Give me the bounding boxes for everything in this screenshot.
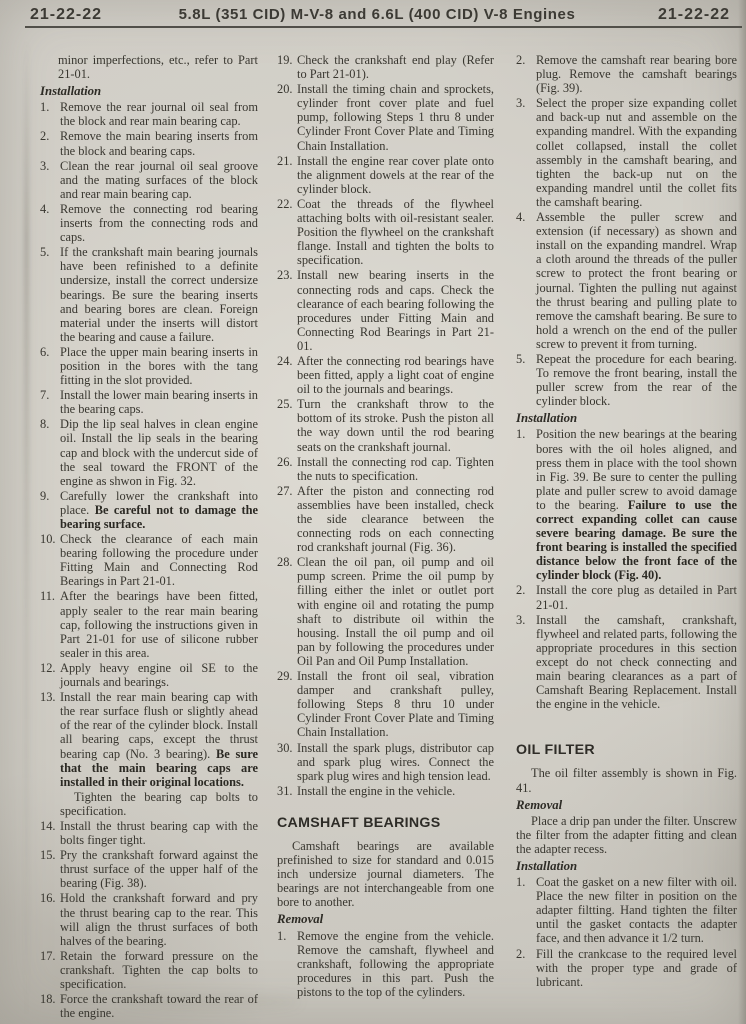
list-item-text: Force the crankshaft toward the rear of … xyxy=(60,992,258,1020)
list-item: 15.Pry the crankshaft forward against th… xyxy=(40,848,258,890)
list-item-number: 2. xyxy=(516,947,536,989)
list-item: 13.Install the rear main bearing cap wit… xyxy=(40,690,258,789)
list-item-number: 26. xyxy=(277,455,297,483)
list-item-text: Remove the main bearing inserts from the… xyxy=(60,129,258,157)
list-item-number: 4. xyxy=(40,202,60,244)
list-item-number: 1. xyxy=(277,929,297,999)
page-title: 5.8L (351 CID) M-V-8 and 6.6L (400 CID) … xyxy=(102,6,658,23)
text-run: Installation xyxy=(516,411,577,425)
list-item-text: Assemble the puller screw and extension … xyxy=(536,210,737,351)
list-item-number: 12. xyxy=(40,661,60,689)
text-run: After the connecting rod bearings have b… xyxy=(297,354,494,396)
list-item: 7.Install the lower main bearing inserts… xyxy=(40,388,258,416)
list-item-text: After the bearings have been fitted, app… xyxy=(60,589,258,659)
text-run: Coat the gasket on a new filter with oil… xyxy=(536,875,737,945)
list-item: 20.Install the timing chain and sprocket… xyxy=(277,82,494,152)
list-item: 23.Install new bearing inserts in the co… xyxy=(277,268,494,353)
text-run: Remove the camshaft rear bearing bore pl… xyxy=(536,53,737,95)
list-item: 3.Install the camshaft, crankshaft, flyw… xyxy=(516,613,737,712)
list-item-text: Install the engine in the vehicle. xyxy=(297,784,494,798)
list-item-text: If the crankshaft main bearing journals … xyxy=(60,245,258,344)
text-run: Installation xyxy=(40,84,101,98)
list-item-number: 11. xyxy=(40,589,60,659)
list-item: 10.Check the clearance of each main bear… xyxy=(40,532,258,588)
list-item: 4.Remove the connecting rod bearing inse… xyxy=(40,202,258,244)
list-item: 3.Select the proper size expanding colle… xyxy=(516,96,737,209)
paragraph: The oil filter assembly is shown in Fig.… xyxy=(516,766,737,794)
list-item-number xyxy=(40,790,60,818)
text-run: If the crankshaft main bearing journals … xyxy=(60,245,258,344)
list-item-text: Install the engine rear cover plate onto… xyxy=(297,154,494,196)
list-item: 2.Fill the crankcase to the required lev… xyxy=(516,947,737,989)
list-item-text: Install the camshaft, crankshaft, flywhe… xyxy=(536,613,737,712)
sub-heading: Installation xyxy=(516,859,737,873)
scan-edge-shadow-left xyxy=(24,40,29,1024)
text-run: Check the crankshaft end play (Refer to … xyxy=(297,53,494,81)
header-rule xyxy=(25,26,742,28)
list-item: 21.Install the engine rear cover plate o… xyxy=(277,154,494,196)
list-item: 26.Install the connecting rod cap. Tight… xyxy=(277,455,494,483)
text-run: Install the camshaft, crankshaft, flywhe… xyxy=(536,613,737,712)
list-item: 17.Retain the forward pressure on the cr… xyxy=(40,949,258,991)
list-item-number: 14. xyxy=(40,819,60,847)
list-item-text: Tighten the bearing cap bolts to specifi… xyxy=(60,790,258,818)
text-run: Install the core plug as detailed in Par… xyxy=(536,583,737,611)
paragraph: minor imperfections, etc., refer to Part… xyxy=(40,53,258,81)
list-item-text: Install the lower main bearing inserts i… xyxy=(60,388,258,416)
list-item-number: 31. xyxy=(277,784,297,798)
list-item-text: Clean the rear journal oil seal groove a… xyxy=(60,159,258,201)
list-item: 3.Clean the rear journal oil seal groove… xyxy=(40,159,258,201)
text-columns: minor imperfections, etc., refer to Part… xyxy=(40,53,737,1021)
text-run: Install the timing chain and sprockets, … xyxy=(297,82,494,152)
list-item-text: Remove the engine from the vehicle. Remo… xyxy=(297,929,494,999)
list-item: 1.Remove the engine from the vehicle. Re… xyxy=(277,929,494,999)
list-item: 31.Install the engine in the vehicle. xyxy=(277,784,494,798)
list-item: 25.Turn the crankshaft throw to the bott… xyxy=(277,397,494,453)
text-run: Remove the rear journal oil seal from th… xyxy=(60,100,258,128)
list-item-text: Install the rear main bearing cap with t… xyxy=(60,690,258,789)
list-item-number: 21. xyxy=(277,154,297,196)
text-run: Select the proper size expanding collet … xyxy=(536,96,737,209)
list-item-number: 5. xyxy=(40,245,60,344)
list-item-number: 4. xyxy=(516,210,536,351)
list-item-text: Install the thrust bearing cap with the … xyxy=(60,819,258,847)
list-item-text: Remove the rear journal oil seal from th… xyxy=(60,100,258,128)
list-item-text: Install the spark plugs, distributor cap… xyxy=(297,741,494,783)
text-run: Removal xyxy=(516,798,562,812)
text-run: Coat the threads of the flywheel attachi… xyxy=(297,197,494,267)
text-run: Place the upper main bearing inserts in … xyxy=(60,345,258,387)
page-number-right: 21-22-22 xyxy=(658,6,730,24)
list-item-number: 18. xyxy=(40,992,60,1020)
list-item-number: 2. xyxy=(516,583,536,611)
list-item-number: 3. xyxy=(516,96,536,209)
list-item-text: Retain the forward pressure on the crank… xyxy=(60,949,258,991)
sub-heading: Installation xyxy=(40,84,258,98)
text-run: Camshaft bearings are available prefinis… xyxy=(277,839,494,909)
text-run: OIL FILTER xyxy=(516,742,595,758)
list-item: 1.Position the new bearings at the beari… xyxy=(516,427,737,582)
text-run: Installation xyxy=(516,859,577,873)
text-run: Install the engine in the vehicle. xyxy=(297,784,455,798)
list-item: 19.Check the crankshaft end play (Refer … xyxy=(277,53,494,81)
list-item: 29.Install the front oil seal, vibration… xyxy=(277,669,494,739)
list-item: 30.Install the spark plugs, distributor … xyxy=(277,741,494,783)
list-item-text: Apply heavy engine oil SE to the journal… xyxy=(60,661,258,689)
sub-heading: Removal xyxy=(277,912,494,926)
text-run: Clean the rear journal oil seal groove a… xyxy=(60,159,258,201)
list-item-text: Coat the threads of the flywheel attachi… xyxy=(297,197,494,267)
list-item-number: 13. xyxy=(40,690,60,789)
list-item-text: Check the crankshaft end play (Refer to … xyxy=(297,53,494,81)
list-item: 2.Remove the camshaft rear bearing bore … xyxy=(516,53,737,95)
list-item-text: Place the upper main bearing inserts in … xyxy=(60,345,258,387)
list-item-text: Select the proper size expanding collet … xyxy=(536,96,737,209)
list-item: 16.Hold the crankshaft forward and pry t… xyxy=(40,891,258,947)
list-item-number: 29. xyxy=(277,669,297,739)
text-run: Install the spark plugs, distributor cap… xyxy=(297,741,494,783)
list-item-number: 24. xyxy=(277,354,297,396)
list-item-text: Install new bearing inserts in the conne… xyxy=(297,268,494,353)
text-run: Turn the crankshaft throw to the bottom … xyxy=(297,397,494,453)
list-item-text: Clean the oil pan, oil pump and oil pump… xyxy=(297,555,494,668)
text-run: minor imperfections, etc., refer to Part… xyxy=(58,53,258,81)
list-item: 6.Place the upper main bearing inserts i… xyxy=(40,345,258,387)
list-item-number: 2. xyxy=(516,53,536,95)
list-item-text: After the piston and connecting rod asse… xyxy=(297,484,494,554)
text-run: Install new bearing inserts in the conne… xyxy=(297,268,494,352)
list-item: Tighten the bearing cap bolts to specifi… xyxy=(40,790,258,818)
list-item-text: Dip the lip seal halves in clean engine … xyxy=(60,417,258,487)
list-item-number: 27. xyxy=(277,484,297,554)
sub-heading: Removal xyxy=(516,798,737,812)
section-heading: CAMSHAFT BEARINGS xyxy=(277,816,494,830)
list-item-text: Remove the connecting rod bearing insert… xyxy=(60,202,258,244)
list-item-number: 6. xyxy=(40,345,60,387)
list-item-number: 5. xyxy=(516,352,536,408)
column-2: 19.Check the crankshaft end play (Refer … xyxy=(277,53,494,1021)
list-item-text: After the connecting rod bearings have b… xyxy=(297,354,494,396)
text-run: CAMSHAFT BEARINGS xyxy=(277,815,441,831)
list-item-number: 22. xyxy=(277,197,297,267)
text-run: Place a drip pan under the filter. Unscr… xyxy=(516,814,737,856)
text-run: Remove the connecting rod bearing insert… xyxy=(60,202,258,244)
text-run: Force the crankshaft toward the rear of … xyxy=(60,992,258,1020)
sub-heading: Installation xyxy=(516,411,737,425)
list-item: 9.Carefully lower the crankshaft into pl… xyxy=(40,489,258,531)
list-item-number: 16. xyxy=(40,891,60,947)
text-run: Assemble the puller screw and extension … xyxy=(536,210,737,351)
text-run: The oil filter assembly is shown in Fig.… xyxy=(516,766,737,794)
list-item: 2.Install the core plug as detailed in P… xyxy=(516,583,737,611)
column-3: 2.Remove the camshaft rear bearing bore … xyxy=(516,53,737,1021)
list-item-text: Position the new bearings at the bearing… xyxy=(536,427,737,582)
list-item: 1.Coat the gasket on a new filter with o… xyxy=(516,875,737,945)
list-item-number: 28. xyxy=(277,555,297,668)
text-run: Fill the crankcase to the required level… xyxy=(536,947,737,989)
text-run: Dip the lip seal halves in clean engine … xyxy=(60,417,258,487)
list-item-number: 1. xyxy=(40,100,60,128)
list-item-number: 25. xyxy=(277,397,297,453)
page-number-left: 21-22-22 xyxy=(30,6,102,24)
text-run: Clean the oil pan, oil pump and oil pump… xyxy=(297,555,494,668)
list-item: 8.Dip the lip seal halves in clean engin… xyxy=(40,417,258,487)
list-item-text: Install the front oil seal, vibration da… xyxy=(297,669,494,739)
paragraph: Place a drip pan under the filter. Unscr… xyxy=(516,814,737,856)
column-1: minor imperfections, etc., refer to Part… xyxy=(40,53,258,1021)
list-item: 1.Remove the rear journal oil seal from … xyxy=(40,100,258,128)
list-item-text: Hold the crankshaft forward and pry the … xyxy=(60,891,258,947)
list-item-text: Install the timing chain and sprockets, … xyxy=(297,82,494,152)
list-item-text: Repeat the procedure for each bearing. T… xyxy=(536,352,737,408)
list-item-number: 30. xyxy=(277,741,297,783)
list-item-number: 1. xyxy=(516,427,536,582)
text-run: Install the lower main bearing inserts i… xyxy=(60,388,258,416)
section-heading: OIL FILTER xyxy=(516,743,737,757)
text-run: Remove the main bearing inserts from the… xyxy=(60,129,258,157)
list-item: 14.Install the thrust bearing cap with t… xyxy=(40,819,258,847)
list-item-number: 3. xyxy=(40,159,60,201)
list-item-number: 23. xyxy=(277,268,297,353)
list-item-number: 19. xyxy=(277,53,297,81)
list-item: 5.Repeat the procedure for each bearing.… xyxy=(516,352,737,408)
text-run: After the bearings have been fitted, app… xyxy=(60,589,258,659)
list-item: 4.Assemble the puller screw and extensio… xyxy=(516,210,737,351)
list-item: 22.Coat the threads of the flywheel atta… xyxy=(277,197,494,267)
text-run: Removal xyxy=(277,912,323,926)
list-item: 27.After the piston and connecting rod a… xyxy=(277,484,494,554)
list-item: 24.After the connecting rod bearings hav… xyxy=(277,354,494,396)
list-item: 18.Force the crankshaft toward the rear … xyxy=(40,992,258,1020)
text-run: Tighten the bearing cap bolts to specifi… xyxy=(60,790,258,818)
list-item-number: 1. xyxy=(516,875,536,945)
manual-page: 21-22-22 5.8L (351 CID) M-V-8 and 6.6L (… xyxy=(0,0,746,1024)
list-item: 11.After the bearings have been fitted, … xyxy=(40,589,258,659)
text-run: Remove the engine from the vehicle. Remo… xyxy=(297,929,494,999)
text-run: Install the thrust bearing cap with the … xyxy=(60,819,258,847)
list-item-number: 2. xyxy=(40,129,60,157)
list-item-number: 8. xyxy=(40,417,60,487)
list-item: 2.Remove the main bearing inserts from t… xyxy=(40,129,258,157)
text-run: Check the clearance of each main bearing… xyxy=(60,532,258,588)
list-item-text: Fill the crankcase to the required level… xyxy=(536,947,737,989)
list-item-number: 3. xyxy=(516,613,536,712)
list-item-text: Carefully lower the crankshaft into plac… xyxy=(60,489,258,531)
list-item-text: Remove the camshaft rear bearing bore pl… xyxy=(536,53,737,95)
list-item-number: 15. xyxy=(40,848,60,890)
list-item: 28.Clean the oil pan, oil pump and oil p… xyxy=(277,555,494,668)
list-item-number: 10. xyxy=(40,532,60,588)
list-item-text: Check the clearance of each main bearing… xyxy=(60,532,258,588)
text-run: Pry the crankshaft forward against the t… xyxy=(60,848,258,890)
list-item-text: Turn the crankshaft throw to the bottom … xyxy=(297,397,494,453)
list-item-text: Pry the crankshaft forward against the t… xyxy=(60,848,258,890)
list-item-text: Install the connecting rod cap. Tighten … xyxy=(297,455,494,483)
scan-edge-shadow-right xyxy=(738,0,746,1024)
list-item-number: 20. xyxy=(277,82,297,152)
list-item-text: Install the core plug as detailed in Par… xyxy=(536,583,737,611)
list-item-number: 17. xyxy=(40,949,60,991)
list-item: 5.If the crankshaft main bearing journal… xyxy=(40,245,258,344)
page-header: 21-22-22 5.8L (351 CID) M-V-8 and 6.6L (… xyxy=(30,6,730,24)
text-run: After the piston and connecting rod asse… xyxy=(297,484,494,554)
text-run: Install the engine rear cover plate onto… xyxy=(297,154,494,196)
paragraph: Camshaft bearings are available prefinis… xyxy=(277,839,494,909)
text-run: Apply heavy engine oil SE to the journal… xyxy=(60,661,258,689)
text-run: Repeat the procedure for each bearing. T… xyxy=(536,352,737,408)
list-item-number: 9. xyxy=(40,489,60,531)
text-run: Hold the crankshaft forward and pry the … xyxy=(60,891,258,947)
list-item-text: Coat the gasket on a new filter with oil… xyxy=(536,875,737,945)
text-run: Install the connecting rod cap. Tighten … xyxy=(297,455,494,483)
list-item-number: 7. xyxy=(40,388,60,416)
list-item: 12.Apply heavy engine oil SE to the jour… xyxy=(40,661,258,689)
text-run: Retain the forward pressure on the crank… xyxy=(60,949,258,991)
text-run: Install the front oil seal, vibration da… xyxy=(297,669,494,739)
